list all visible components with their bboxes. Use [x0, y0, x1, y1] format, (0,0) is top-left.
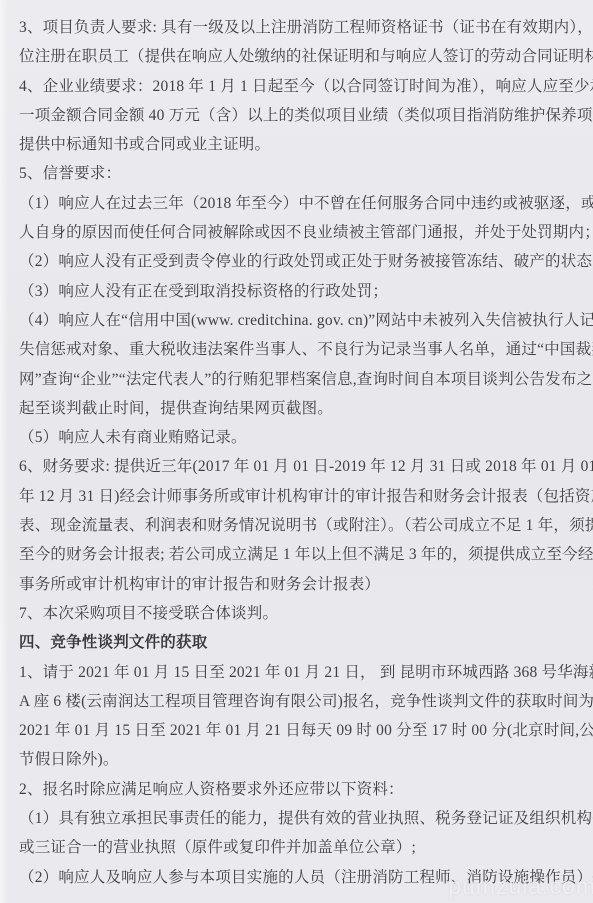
text-line: 年 12 月 31 日)经会计师事务所或审计机构审计的审计报告和财务会计报表（包… — [19, 482, 577, 511]
text-line: 失信惩戒对象、重大税收违法案件当事人、不良行为记录当事人名单，通过“中国裁判文书 — [19, 335, 577, 364]
text-line: （1）具有独立承担民事责任的能力，提供有效的营业执照、税务登记证及组织机构代码证 — [19, 804, 577, 833]
document-page: 3、项目负责人要求: 具有一级及以上注册消防工程师资格证书（证书在有效期内），为… — [0, 0, 593, 903]
text-line: 2、报名时除应满足响应人资格要求外还应带以下资料： — [19, 775, 577, 804]
text-line: A 座 6 楼(云南润达工程项目管理咨询有限公司)报名，竞争性谈判文件的获取时间… — [19, 687, 577, 716]
text-line: 节假日除外)。 — [19, 745, 577, 774]
text-line: 或三证合一的营业执照（原件或复印件并加盖单位公章）; — [19, 833, 577, 862]
text-line: 4、企业业绩要求：2018 年 1 月 1 日起至今（以合同签订时间为准），响应… — [19, 72, 577, 101]
text-line: 2021 年 01 月 15 日至 2021 年 01 月 21 日每天 09 … — [19, 716, 577, 745]
text-line: 四、竞争性谈判文件的获取 — [19, 628, 577, 657]
text-line: 提供中标通知书或合同或业主证明。 — [19, 130, 577, 159]
text-line: 起至谈判截止时间，提供查询结果网页截图。 — [19, 394, 577, 423]
text-line: （2）响应人没有正受到责令停业的行政处罚或正处于财务被接管冻结、破产的状态； — [19, 247, 577, 276]
text-line: （1）响应人在过去三年（2018 年至今）中不曾在任何服务合同中违约或被驱逐，或… — [19, 189, 577, 218]
text-line: （5）响应人未有商业贿赂记录。 — [19, 423, 577, 452]
text-line: 5、信誉要求： — [19, 159, 577, 188]
text-line: 表、现金流量表、利润表和财务情况说明书（或附注）。（若公司成立不足 1 年，须提… — [19, 511, 577, 540]
text-line: 事务所或审计机构审计的审计报告和财务会计报表） — [19, 570, 577, 599]
text-line: （2）响应人及响应人参与本项目实施的人员（注册消防工程师、消防设施操作员）信息须 — [19, 863, 577, 892]
text-line: 网”查询“企业”“法定代表人”的行贿犯罪档案信息,查询时间自本项目谈判公告发布之… — [19, 365, 577, 394]
text-line: 位注册在职员工（提供在响应人处缴纳的社保证明和与响应人签订的劳动合同证明材料）； — [19, 42, 577, 71]
text-line: 至今的财务会计报表; 若公司成立满足 1 年以上但不满足 3 年的，须提供成立至… — [19, 540, 577, 569]
text-line: 1、请于 2021 年 01 月 15 日至 2021 年 01 月 21 日，… — [19, 658, 577, 687]
text-line: 6、财务要求: 提供近三年(2017 年 01 月 01 日-2019 年 12… — [19, 452, 577, 481]
text-line: （3）响应人没有正在受到取消投标资格的行政处罚； — [19, 277, 577, 306]
text-line: 人自身的原因而使任何合同被解除或因不良业绩被主管部门通报，并处于处罚期内； — [19, 218, 577, 247]
text-line: 一项金额合同金额 40 万元（含）以上的类似项目业绩（类似项目指消防维护保养项目… — [19, 101, 577, 130]
document-body: 3、项目负责人要求: 具有一级及以上注册消防工程师资格证书（证书在有效期内），为… — [19, 13, 577, 892]
text-line: （4）响应人在“信用中国(www. creditchina. gov. cn)”… — [19, 306, 577, 335]
text-line: 3、项目负责人要求: 具有一级及以上注册消防工程师资格证书（证书在有效期内），为… — [19, 13, 577, 42]
text-line: 7、本次采购项目不接受联合体谈判。 — [19, 599, 577, 628]
